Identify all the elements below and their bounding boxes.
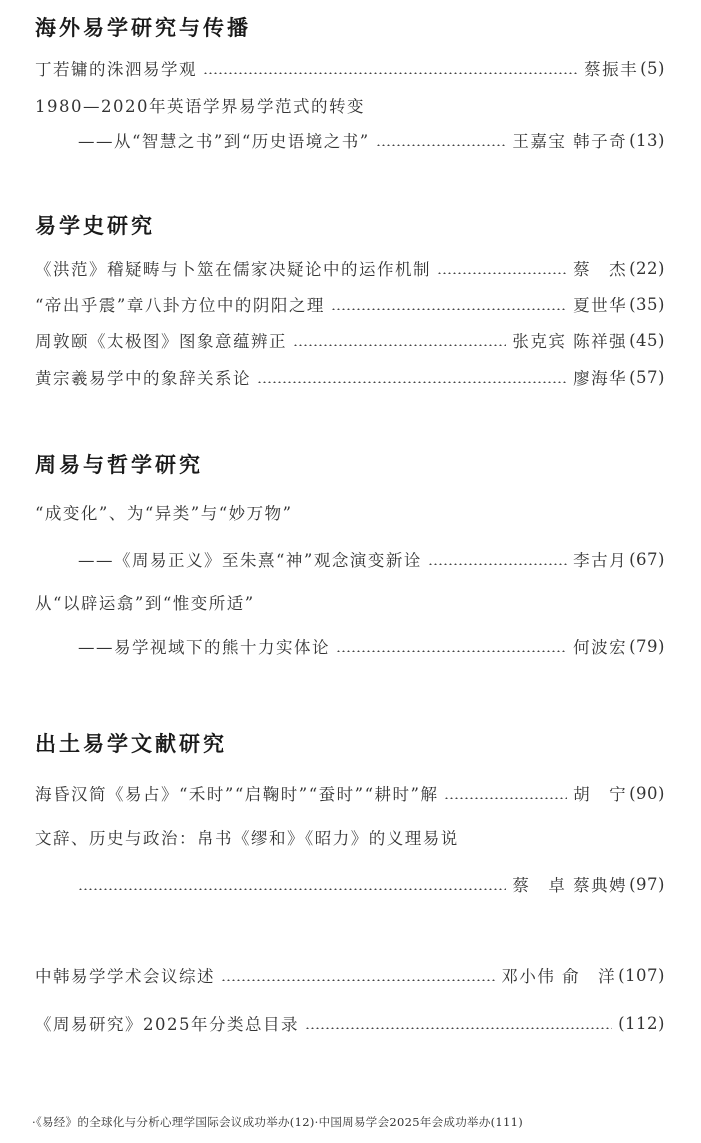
entry-title: 周敦颐《太极图》图象意蕴辨正 [35,328,287,352]
dot-leader [376,144,507,146]
entry-title: 《周易研究》2025年分类总目录 [35,1011,299,1035]
entry-subtitle: ——易学视域下的熊十力实体论 [78,634,330,658]
entry-title: 黄宗羲易学中的象辞关系论 [35,365,251,389]
entry-subtitle: ——《周易正义》至朱熹“神”观念演变新诠 [78,547,422,571]
toc-entry[interactable]: 《洪范》稽疑畴与卜筮在儒家决疑论中的运作机制 蔡 杰 (22) [35,256,665,280]
dot-leader [257,381,567,383]
dot-leader [428,563,567,565]
entry-title: 文辞、历史与政治：帛书《缪和》《昭力》的义理易说 [35,825,459,849]
toc-entry[interactable]: “帝出乎震”章八卦方位中的阴阳之理 夏世华 (35) [35,292,665,316]
toc-entry-subtitle[interactable]: ——《周易正义》至朱熹“神”观念演变新诠 李古月 (67) [78,547,665,571]
entry-page: (79) [629,637,665,656]
dot-leader [293,344,506,346]
entry-page: (67) [629,550,665,569]
entry-title: 1980—2020年英语学界易学范式的转变 [35,93,365,117]
section-title-philosophy: 周易与哲学研究 [35,449,203,479]
entry-page: (57) [629,368,665,387]
dot-leader [203,72,578,74]
toc-entry[interactable]: 丁若镛的洙泗易学观 蔡振丰 (5) [35,56,665,80]
toc-entry[interactable]: 1980—2020年英语学界易学范式的转变 [35,93,665,117]
entry-author: 李古月 [573,547,627,571]
toc-entry[interactable]: “成变化”、为“异类”与“妙万物” [35,500,665,524]
dot-leader [336,650,567,652]
dot-leader [78,888,506,890]
section-title-history: 易学史研究 [35,210,155,240]
entry-title: 《洪范》稽疑畴与卜筮在儒家决疑论中的运作机制 [35,256,431,280]
toc-entry-subtitle[interactable]: 蔡 卓 蔡典娉 (97) [78,872,665,896]
entry-title: 中韩易学学术会议综述 [35,963,215,987]
toc-entry[interactable]: 中韩易学学术会议综述 邓小伟 俞 洋 (107) [35,963,665,987]
entry-page: (5) [640,59,665,78]
dot-leader [331,308,567,310]
entry-subtitle: ——从“智慧之书”到“历史语境之书” [78,128,370,152]
entry-author: 蔡振丰 [584,56,638,80]
entry-page: (35) [629,295,665,314]
entry-author: 张克宾 陈祥强 [512,328,627,352]
entry-author: 何波宏 [573,634,627,658]
entry-title: 丁若镛的洙泗易学观 [35,56,197,80]
entry-author: 廖海华 [573,365,627,389]
entry-page: (45) [629,331,665,350]
entry-author: 邓小伟 俞 洋 [501,963,616,987]
entry-author: 王嘉宝 韩子奇 [512,128,627,152]
entry-author: 蔡 杰 [573,256,627,280]
entry-page: (107) [618,966,665,985]
entry-page: (22) [629,259,665,278]
toc-entry[interactable]: 文辞、历史与政治：帛书《缪和》《昭力》的义理易说 [35,825,665,849]
section-title-excavated: 出土易学文献研究 [35,728,227,758]
entry-page: (13) [629,131,665,150]
entry-title: “帝出乎震”章八卦方位中的阴阳之理 [35,292,325,316]
entry-author: 蔡 卓 蔡典娉 [512,872,627,896]
dot-leader [221,979,495,981]
entry-page: (97) [629,875,665,894]
entry-page: (112) [618,1014,665,1033]
toc-entry[interactable]: 黄宗羲易学中的象辞关系论 廖海华 (57) [35,365,665,389]
footer-notes: ·《易经》的全球化与分析心理学国际会议成功举办(12)·中国周易学会2025年会… [32,1114,523,1130]
entry-title: 从“以辟运翕”到“惟变所适” [35,590,255,614]
toc-entry-subtitle[interactable]: ——从“智慧之书”到“历史语境之书” 王嘉宝 韩子奇 (13) [78,128,665,152]
entry-author: 胡 宁 [573,781,627,805]
entry-title: “成变化”、为“异类”与“妙万物” [35,500,293,524]
dot-leader [437,272,567,274]
entry-page: (90) [629,784,665,803]
toc-entry-subtitle[interactable]: ——易学视域下的熊十力实体论 何波宏 (79) [78,634,665,658]
toc-entry[interactable]: 海昏汉简《易占》“禾时”“启鞠时”“蚕时”“耕时”解 胡 宁 (90) [35,781,665,805]
toc-entry[interactable]: 《周易研究》2025年分类总目录 (112) [35,1011,665,1035]
toc-entry[interactable]: 周敦颐《太极图》图象意蕴辨正 张克宾 陈祥强 (45) [35,328,665,352]
dot-leader [305,1027,612,1029]
dot-leader [444,797,567,799]
entry-title: 海昏汉简《易占》“禾时”“启鞠时”“蚕时”“耕时”解 [35,781,438,805]
toc-entry[interactable]: 从“以辟运翕”到“惟变所适” [35,590,665,614]
entry-author: 夏世华 [573,292,627,316]
section-title-overseas: 海外易学研究与传播 [35,12,251,42]
